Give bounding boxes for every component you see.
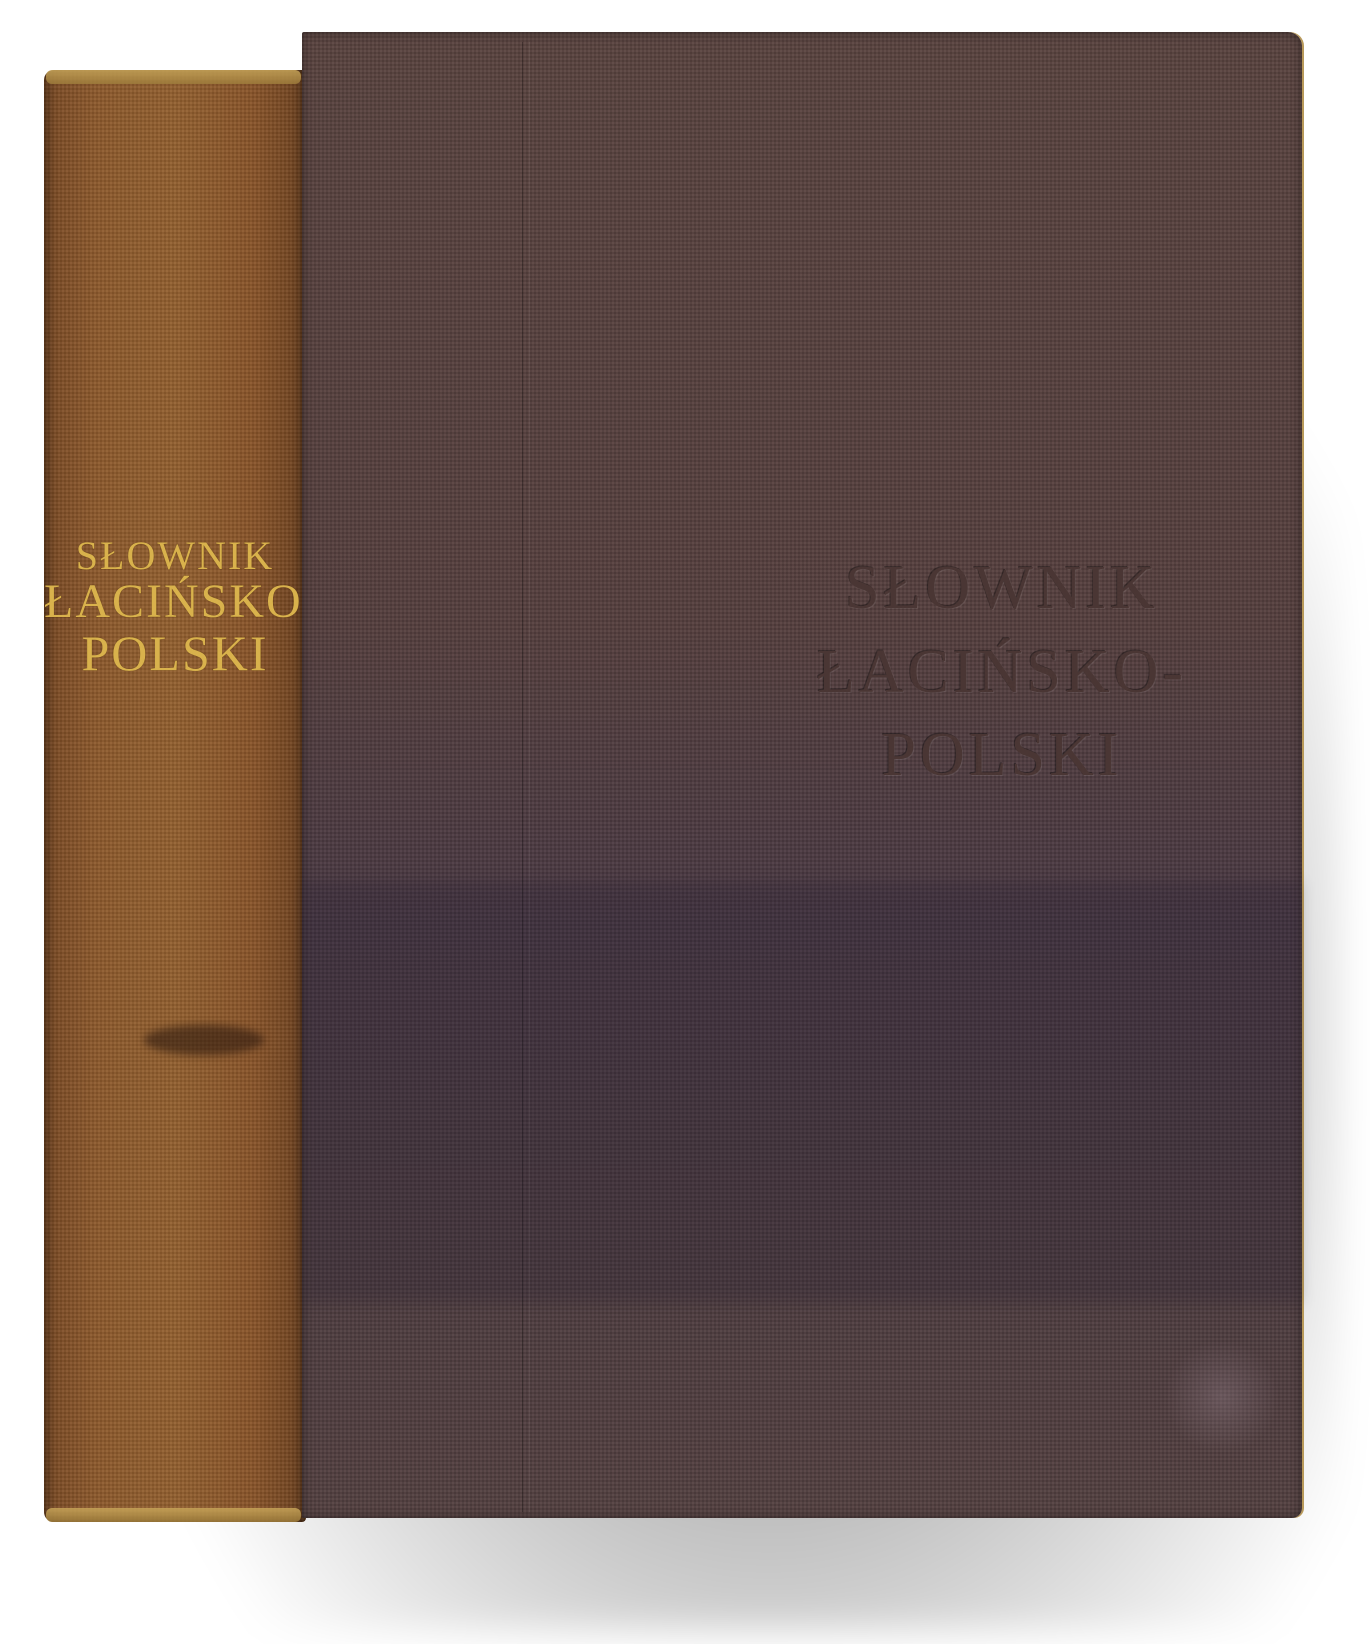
spine-title-line-1: SŁOWNIK — [44, 535, 306, 577]
book-spine: SŁOWNIK ŁACIŃSKO- POLSKI — [44, 70, 306, 1522]
book: SŁOWNIK ŁACIŃSKO- POLSKI SŁOWNIK ŁACIŃSK… — [44, 30, 1314, 1535]
spine-title: SŁOWNIK ŁACIŃSKO- POLSKI — [44, 535, 306, 680]
front-cover: SŁOWNIK ŁACIŃSKO- POLSKI — [302, 32, 1302, 1518]
cover-title-line-2: ŁACIŃSKO- — [702, 631, 1302, 715]
cover-title-line-1: SŁOWNIK — [702, 547, 1302, 631]
spine-stain — [144, 1025, 264, 1055]
cover-embossed-title: SŁOWNIK ŁACIŃSKO- POLSKI — [702, 547, 1302, 798]
cover-discoloration — [302, 882, 1302, 1302]
cover-worn-spot — [1162, 1342, 1282, 1452]
cover-title-line-3: POLSKI — [702, 714, 1302, 798]
spine-top-wear — [46, 70, 301, 84]
spine-title-line-3: POLSKI — [44, 627, 306, 680]
spine-bottom-wear — [46, 1508, 301, 1522]
spine-title-line-2: ŁACIŃSKO- — [44, 577, 306, 627]
